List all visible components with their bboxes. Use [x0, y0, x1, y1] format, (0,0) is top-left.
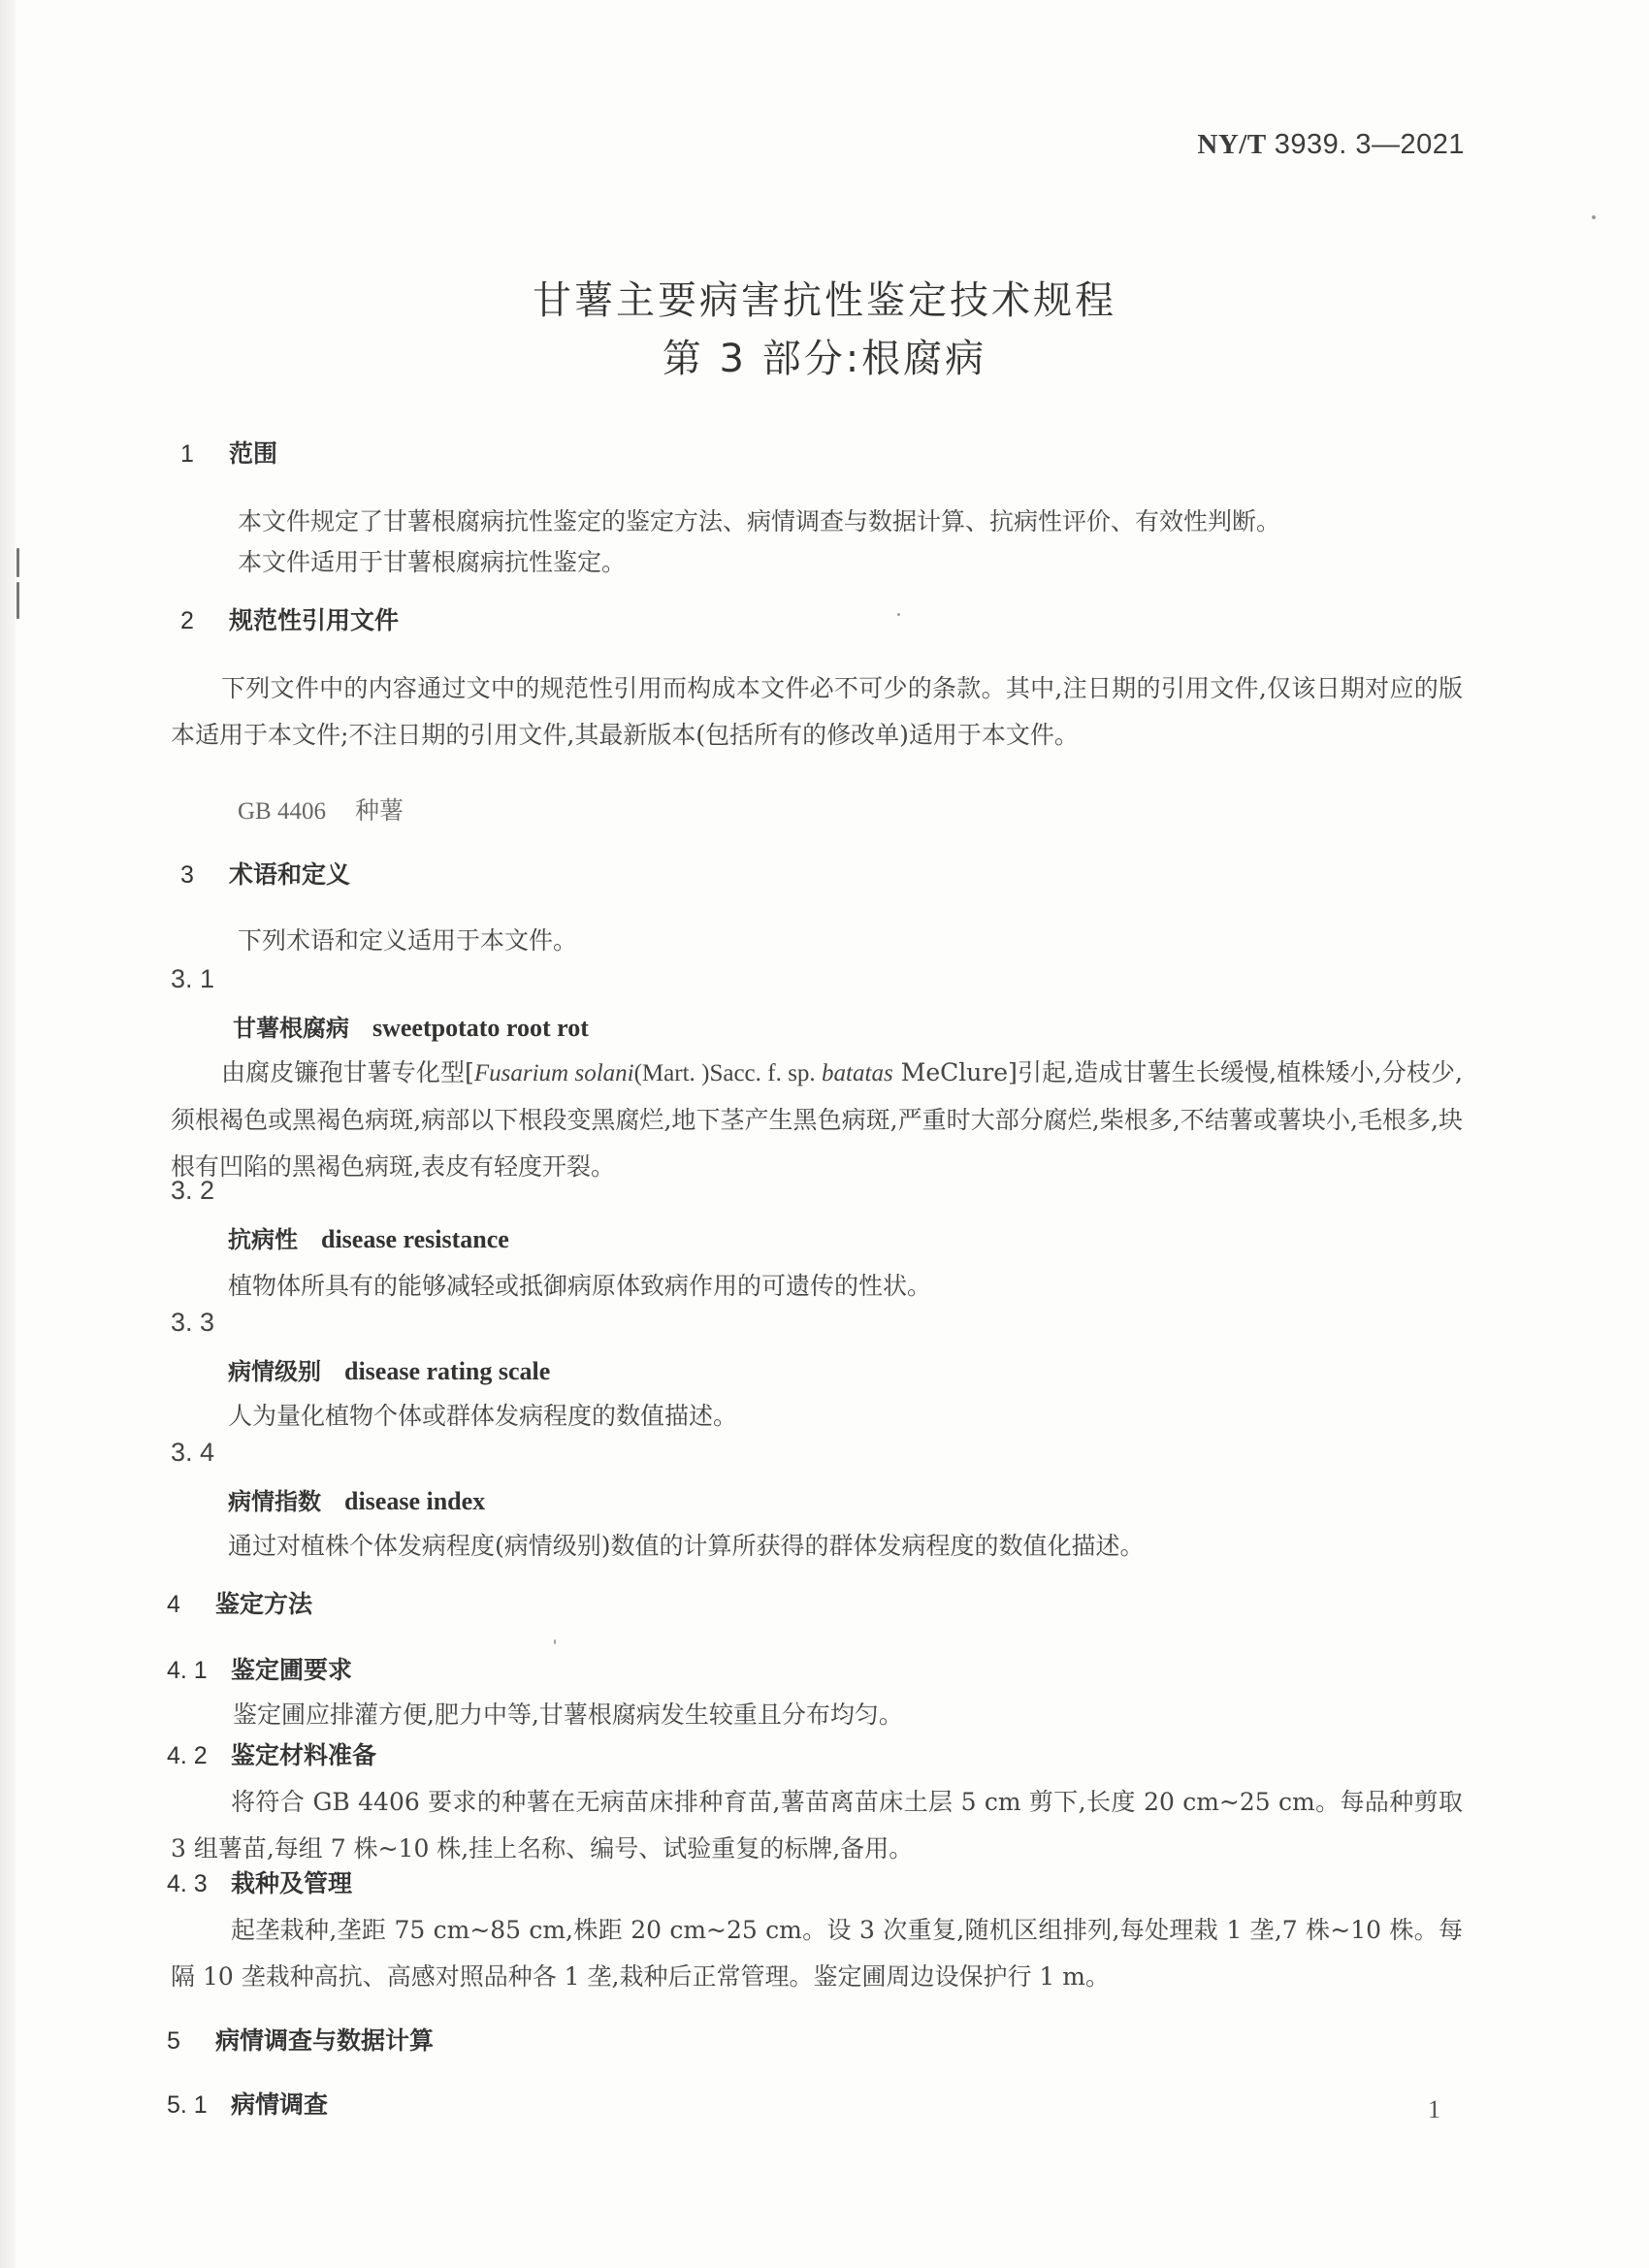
section-label: 鉴定圃要求: [231, 1656, 352, 1684]
section-4-2-paragraph: 将符合 GB 4406 要求的种薯在无病苗床排种育苗,薯苗离苗床土层 5 cm …: [171, 1779, 1463, 1872]
section-number: 4. 1: [167, 1657, 231, 1685]
section-number: 4: [167, 1591, 215, 1619]
section-number: 1: [180, 440, 229, 469]
reference-title: 种薯: [355, 796, 404, 825]
section-3-intro: 下列术语和定义适用于本文件。: [238, 922, 577, 956]
term-3-2-definition: 植物体所具有的能够减轻或抵御病原体致病作用的可遗传的性状。: [228, 1267, 931, 1302]
section-label: 鉴定材料准备: [231, 1741, 376, 1769]
scientific-name: Fusarium solani: [474, 1060, 634, 1086]
section-number: 2: [180, 607, 229, 635]
section-1-paragraph-2: 本文件适用于甘薯根腐病抗性鉴定。: [238, 543, 626, 578]
section-label: 术语和定义: [229, 860, 350, 889]
scan-speck: [897, 613, 900, 616]
section-number: 3: [180, 861, 229, 890]
term-zh: 抗病性: [228, 1226, 298, 1253]
section-4-1-heading: 4. 1鉴定圃要求: [167, 1651, 352, 1686]
section-label: 病情调查与数据计算: [215, 2026, 434, 2055]
section-number: 5: [167, 2027, 215, 2056]
normative-reference: GB 4406种薯: [238, 792, 404, 826]
section-number: 5. 1: [167, 2091, 231, 2120]
reference-code: GB 4406: [238, 798, 326, 825]
section-label: 栽种及管理: [231, 1869, 352, 1897]
section-1-heading: 1范围: [180, 435, 277, 470]
section-label: 规范性引用文件: [229, 606, 399, 634]
section-2-heading: 2规范性引用文件: [180, 601, 399, 636]
scan-artifact: [16, 582, 19, 619]
section-2-paragraph: 下列文件中的内容通过文中的规范性引用而构成本文件必不可少的条款。其中,注日期的引…: [171, 665, 1463, 759]
section-4-3-paragraph: 起垄栽种,垄距 75 cm~85 cm,株距 20 cm~25 cm。设 3 次…: [171, 1907, 1463, 2000]
document-title: 甘薯主要病害抗性鉴定技术规程: [0, 270, 1649, 325]
term-zh: 病情级别: [228, 1358, 321, 1385]
term-zh: 甘薯根腐病: [233, 1015, 349, 1042]
term-3-4-number: 3. 4: [171, 1438, 214, 1468]
section-3-heading: 3术语和定义: [180, 856, 350, 891]
section-5-heading: 5病情调查与数据计算: [167, 2022, 434, 2057]
term-3-1-definition: 由腐皮镰孢甘薯专化型[Fusarium solani(Mart. )Sacc. …: [171, 1050, 1463, 1190]
term-3-2-number: 3. 2: [171, 1176, 214, 1206]
scan-speck: [554, 1639, 556, 1644]
term-en: disease index: [344, 1487, 485, 1515]
section-4-heading: 4鉴定方法: [167, 1585, 312, 1620]
term-zh: 病情指数: [228, 1488, 321, 1515]
section-5-1-heading: 5. 1病情调查: [167, 2086, 328, 2121]
term-3-4-title: 病情指数disease index: [228, 1482, 485, 1516]
term-3-4-definition: 通过对植株个体发病程度(病情级别)数值的计算所获得的群体发病程度的数值化描述。: [228, 1527, 1145, 1562]
section-1-paragraph-1: 本文件规定了甘薯根腐病抗性鉴定的鉴定方法、病情调查与数据计算、抗病性评价、有效性…: [238, 502, 1280, 537]
scientific-name: batatas: [822, 1060, 893, 1086]
definition-text: 由腐皮镰孢甘薯专化型[: [221, 1058, 474, 1086]
term-3-2-title: 抗病性disease resistance: [228, 1220, 509, 1254]
section-4-1-paragraph: 鉴定圃应排灌方便,肥力中等,甘薯根腐病发生较重且分布均匀。: [233, 1696, 903, 1731]
document-subtitle: 第 3 部分:根腐病: [0, 328, 1649, 383]
page-number: 1: [1428, 2095, 1440, 2124]
section-label: 病情调查: [231, 2090, 328, 2119]
term-en: disease resistance: [321, 1225, 509, 1253]
standard-prefix: NY/T: [1197, 129, 1266, 160]
standard-code: 3939. 3—2021: [1275, 129, 1465, 160]
standard-number: NY/T3939. 3—2021: [1197, 129, 1465, 161]
definition-text: (Mart. )Sacc. f. sp.: [634, 1060, 822, 1086]
scan-artifact: [16, 548, 19, 577]
section-number: 4. 3: [167, 1870, 231, 1898]
section-label: 鉴定方法: [215, 1590, 312, 1618]
term-en: disease rating scale: [344, 1357, 550, 1385]
scan-speck: [1592, 215, 1596, 219]
term-3-1-title: 甘薯根腐病sweetpotato root rot: [233, 1009, 589, 1043]
term-3-1-number: 3. 1: [171, 964, 214, 994]
term-3-3-title: 病情级别disease rating scale: [228, 1352, 550, 1386]
section-4-3-heading: 4. 3栽种及管理: [167, 1864, 352, 1899]
section-4-2-heading: 4. 2鉴定材料准备: [167, 1736, 376, 1771]
term-3-3-number: 3. 3: [171, 1308, 214, 1338]
term-en: sweetpotato root rot: [372, 1014, 589, 1042]
term-3-3-definition: 人为量化植物个体或群体发病程度的数值描述。: [228, 1397, 737, 1432]
section-number: 4. 2: [167, 1742, 231, 1770]
section-label: 范围: [229, 439, 277, 468]
